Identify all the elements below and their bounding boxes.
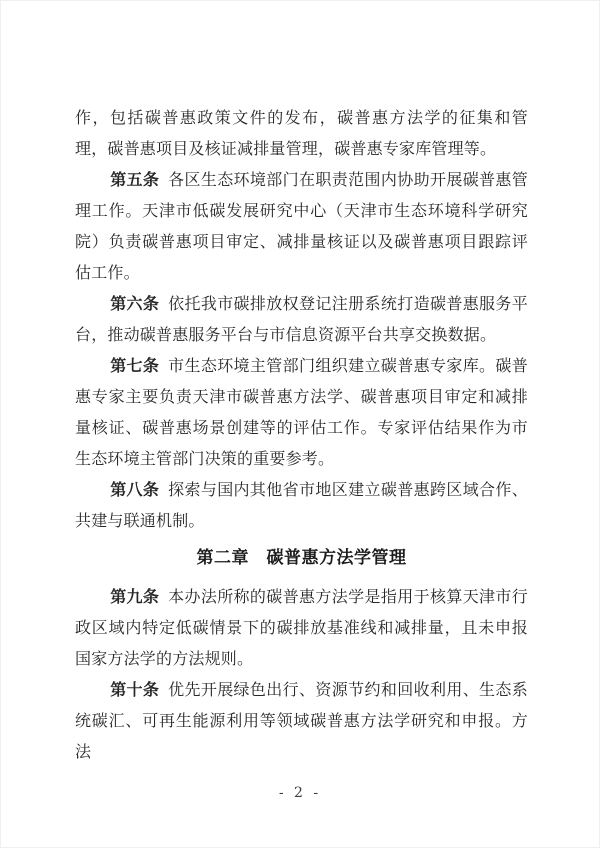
- article-number: 第八条: [110, 480, 159, 499]
- article-paragraph-6: 第六条依托我市碳排放权登记注册系统打造碳普惠服务平台，推动碳普惠服务平台与市信息…: [75, 288, 528, 350]
- page-number: - 2 -: [0, 784, 600, 802]
- article-number: 第七条: [110, 356, 159, 375]
- article-number: 第十条: [110, 680, 159, 699]
- document-page: 作，包括碳普惠政策文件的发布，碳普惠方法学的征集和管理，碳普惠项目及核证减排量管…: [0, 0, 600, 848]
- article-number: 第六条: [110, 294, 159, 313]
- continuation-paragraph: 作，包括碳普惠政策文件的发布，碳普惠方法学的征集和管理，碳普惠项目及核证减排量管…: [75, 102, 528, 164]
- article-number: 第九条: [110, 587, 159, 606]
- paragraph-text: 作，包括碳普惠政策文件的发布，碳普惠方法学的征集和管理，碳普惠项目及核证减排量管…: [75, 108, 528, 158]
- article-number: 第五条: [110, 170, 159, 189]
- article-paragraph-9: 第九条本办法所称的碳普惠方法学是指用于核算天津市行政区域内特定低碳情景下的碳排放…: [75, 581, 528, 674]
- chapter-heading: 第二章 碳普惠方法学管理: [75, 543, 528, 574]
- article-paragraph-10: 第十条优先开展绿色出行、资源节约和回收利用、生态系统碳汇、可再生能源利用等领域碳…: [75, 674, 528, 767]
- article-paragraph-8: 第八条探索与国内其他省市地区建立碳普惠跨区域合作、共建与联通机制。: [75, 474, 528, 536]
- article-paragraph-7: 第七条市生态环境主管部门组织建立碳普惠专家库。碳普惠专家主要负责天津市碳普惠方法…: [75, 350, 528, 474]
- document-body: 作，包括碳普惠政策文件的发布，碳普惠方法学的征集和管理，碳普惠项目及核证减排量管…: [75, 102, 528, 767]
- article-paragraph-5: 第五条各区生态环境部门在职责范围内协助开展碳普惠管理工作。天津市低碳发展研究中心…: [75, 164, 528, 288]
